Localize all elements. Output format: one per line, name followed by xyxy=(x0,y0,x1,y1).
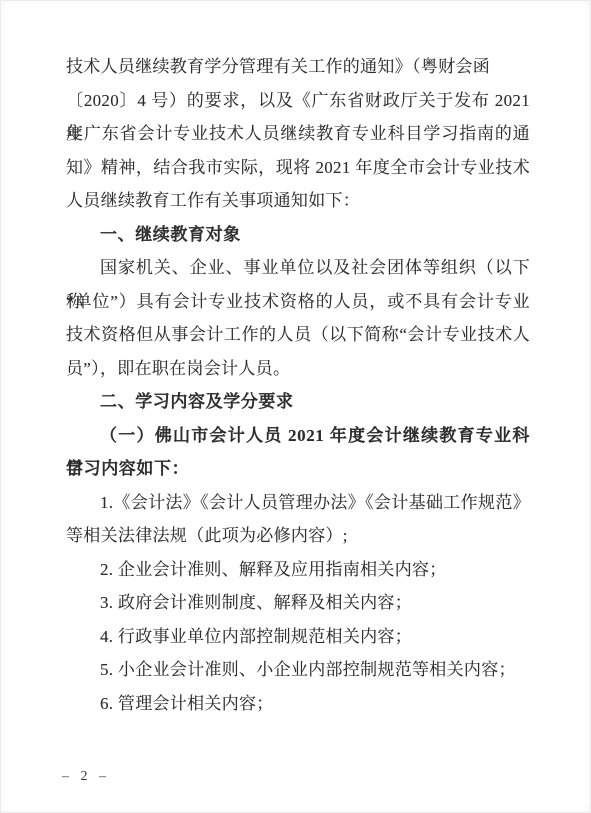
paragraph-line: 知》精神，结合我市实际，现将 2021 年度全市会计专业技术 xyxy=(66,151,530,185)
paragraph-line: 度广东省会计专业技术人员继续教育专业科目学习指南的通 xyxy=(66,117,530,151)
paragraph-line: 〔2020〕4 号）的要求，以及《广东省财政厅关于发布 2021 年 xyxy=(66,84,530,118)
list-item-line: 等相关法律法规（此项为必修内容）; xyxy=(66,519,530,553)
paragraph-line: 技术资格但从事会计工作的人员（以下简称“会计专业技术人 xyxy=(66,318,530,352)
list-item-line: 2. 企业会计准则、解释及应用指南相关内容； xyxy=(66,553,530,587)
subsection-heading-line: 学习内容如下： xyxy=(66,452,530,486)
section-heading-1: 一、继续教育对象 xyxy=(66,218,530,252)
list-item-line: 5. 小企业会计准则、小企业内部控制规范等相关内容； xyxy=(66,653,530,687)
document-body: 技术人员继续教育学分管理有关工作的通知》（粤财会函 〔2020〕4 号）的要求，… xyxy=(66,50,530,720)
page-number: – 2 – xyxy=(62,768,110,786)
section-heading-2: 二、学习内容及学分要求 xyxy=(66,385,530,419)
list-item-line: 6. 管理会计相关内容； xyxy=(66,687,530,721)
paragraph-line: 人员继续教育工作有关事项通知如下： xyxy=(66,184,530,218)
paragraph-line: 员”），即在职在岗会计人员。 xyxy=(66,352,530,386)
list-item-line: 3. 政府会计准则制度、解释及相关内容； xyxy=(66,586,530,620)
list-item-line: 4. 行政事业单位内部控制规范相关内容； xyxy=(66,620,530,654)
subsection-heading-line: （一）佛山市会计人员 2021 年度会计继续教育专业科目 xyxy=(66,419,530,453)
paragraph-continuation-line: 技术人员继续教育学分管理有关工作的通知》（粤财会函 xyxy=(66,50,530,84)
scanned-document-page: 技术人员继续教育学分管理有关工作的通知》（粤财会函 〔2020〕4 号）的要求，… xyxy=(0,0,591,813)
list-item-line: 1.《会计法》《会计人员管理办法》《会计基础工作规范》 xyxy=(66,486,530,520)
paragraph-line: “单位”）具有会计专业技术资格的人员，或不具有会计专业 xyxy=(66,285,530,319)
paragraph-line: 国家机关、企业、事业单位以及社会团体等组织（以下称 xyxy=(66,251,530,285)
